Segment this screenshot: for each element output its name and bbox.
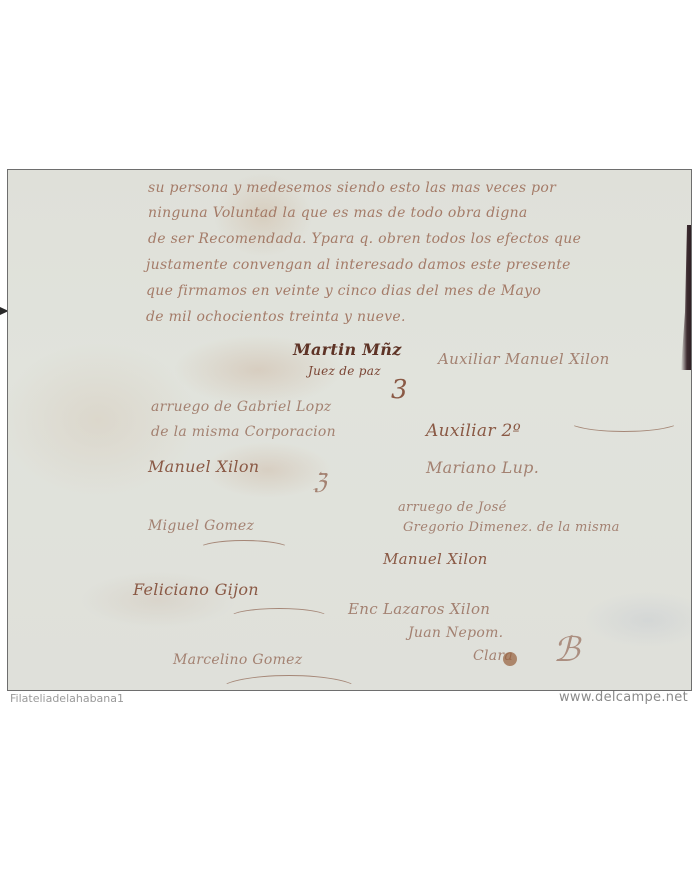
signature-martin: Martin Mñz — [293, 340, 402, 359]
signature-gabriel-line-1: arruego de Gabriel Lopz — [151, 399, 331, 415]
rubric-flourish: 3 — [391, 375, 408, 405]
body-line-2: ninguna Voluntad la que es mas de todo o… — [148, 205, 528, 221]
signature-jose-line-1: arruego de José — [398, 500, 507, 515]
document-image: su persona y medesemos siendo esto las m… — [7, 169, 692, 691]
body-line-1: su persona y medesemos siendo esto las m… — [148, 180, 556, 196]
signature-manuel-right: Manuel Xilon — [383, 550, 488, 568]
signature-auxiliar-1: Auxiliar Manuel Xilon — [438, 350, 610, 368]
body-line-6: de mil ochocientos treinta y nueve. — [146, 309, 406, 325]
signature-juan-nepom: Juan Nepom. — [408, 625, 503, 641]
site-watermark: www.delcampe.net — [559, 690, 688, 705]
rubric-flourish — [228, 608, 330, 628]
rubric-flourish — [218, 675, 360, 691]
binding-mark — [0, 307, 7, 315]
signature-feliciano: Feliciano Gijon — [133, 580, 259, 599]
signature-gabriel-line-2: de la misma Corporacion — [151, 424, 336, 440]
signature-mariano: Mariano Lup. — [426, 458, 539, 477]
signature-martin-title: Juez de paz — [308, 364, 381, 378]
body-line-3: de ser Recomendada. Ypara q. obren todos… — [148, 231, 581, 247]
ink-blot — [503, 652, 517, 666]
seller-name: Filateliadelahabana1 — [10, 692, 124, 705]
rubric-flourish: ℬ — [553, 630, 580, 670]
signature-auxiliar-2: Auxiliar 2º — [426, 421, 521, 441]
body-line-5: que firmamos en veinte y cinco dias del … — [146, 283, 541, 299]
rubric-flourish: ℨ — [313, 470, 327, 495]
signature-manuel-left: Manuel Xilon — [148, 457, 259, 476]
signature-jose-line-2: Gregorio Dimenez. de la misma — [403, 520, 620, 535]
rubric-flourish — [198, 540, 290, 558]
rubric-flourish — [568, 410, 680, 432]
signature-miguel: Miguel Gomez — [148, 518, 254, 534]
body-line-4: justamente convengan al interesado damos… — [146, 257, 571, 273]
signature-ence-lazaros: Enc Lazaros Xilon — [348, 600, 490, 618]
signature-marcelino: Marcelino Gomez — [173, 652, 302, 668]
page-edge-shadow — [681, 225, 691, 370]
